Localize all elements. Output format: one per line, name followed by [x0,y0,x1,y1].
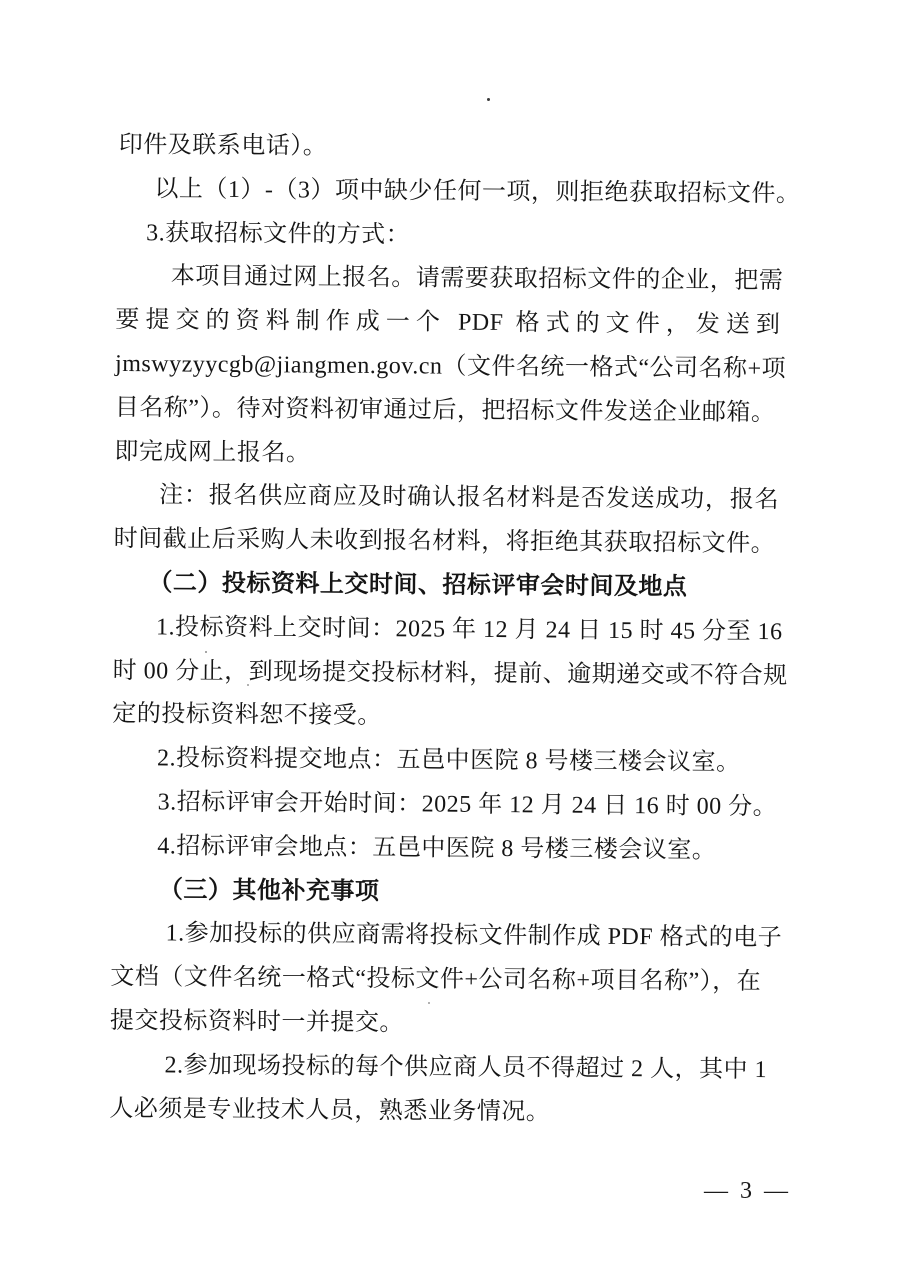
text-line: 时间截止后采购人未收到报名材料，将拒绝其获取招标文件。 [114,518,779,567]
text-line: 2.投标资料提交地点：五邑中医院 8 号楼三楼会议室。 [157,737,777,786]
section-heading: （二）投标资料上交时间、招标评审会时间及地点 [148,562,778,611]
text-line: 本项目通过网上报名。请需要获取招标文件的企业，把需 [171,256,781,305]
document-body: 印件及联系电话）。以上（1）-（3）项中缺少任何一项，则拒绝获取招标文件。3.获… [109,124,782,1137]
text-line: 目名称”）。待对资料初审通过后，把招标文件发送企业邮箱。 [115,387,780,436]
text-line: 时 00 分止，到现场提交投标材料，提前、逾期递交或不符合规 [113,650,778,699]
text-line: 2.参加现场投标的每个供应商人员不得超过 2 人，其中 1 [164,1044,774,1093]
text-line: 印件及联系电话）。 [119,124,782,173]
text-line: 1.参加投标的供应商需将投标文件制作成 PDF 格式的电子 [165,913,775,962]
text-line: 人必须是专业技术人员，熟悉业务情况。 [109,1088,774,1137]
text-line: 4.招标评审会地点：五邑中医院 8 号楼三楼会议室。 [157,825,776,874]
text-line: 3.招标评审会开始时间：2025 年 12 月 24 日 16 时 00 分。 [157,781,776,830]
text-line: 3.获取招标文件的方式： [146,212,781,261]
section-heading: （三）其他补充事项 [159,869,776,918]
scan-speck [428,1002,430,1004]
scanned-document-page: 印件及联系电话）。以上（1）-（3）项中缺少任何一项，则拒绝获取招标文件。3.获… [0,0,900,1269]
text-line: 文档（文件名统一格式“投标文件+公司名称+项目名称”），在 [110,956,775,1005]
text-line: 定的投标资料恕不接受。 [112,693,777,742]
text-line: 要提交的资料制作成一个 PDF 格式的文件，发送到 [115,299,780,348]
text-line: 提交投标资料时一并提交。 [110,1000,775,1049]
scan-speck [205,651,207,653]
text-line: 即完成网上报名。 [114,431,779,480]
text-line: jmswyzyycgb@jiangmen.gov.cn（文件名统一格式“公司名称… [115,343,780,392]
page-number: — 3 — [704,1178,791,1205]
scan-speck [247,684,249,686]
scan-speck [487,98,490,101]
text-line: 以上（1）-（3）项中缺少任何一项，则拒绝获取招标文件。 [154,168,781,217]
text-line: 1.投标资料上交时间：2025 年 12 月 24 日 15 时 45 分至 1… [156,606,778,655]
text-line: 注：报名供应商应及时确认报名材料是否发送成功，报名 [159,475,779,524]
